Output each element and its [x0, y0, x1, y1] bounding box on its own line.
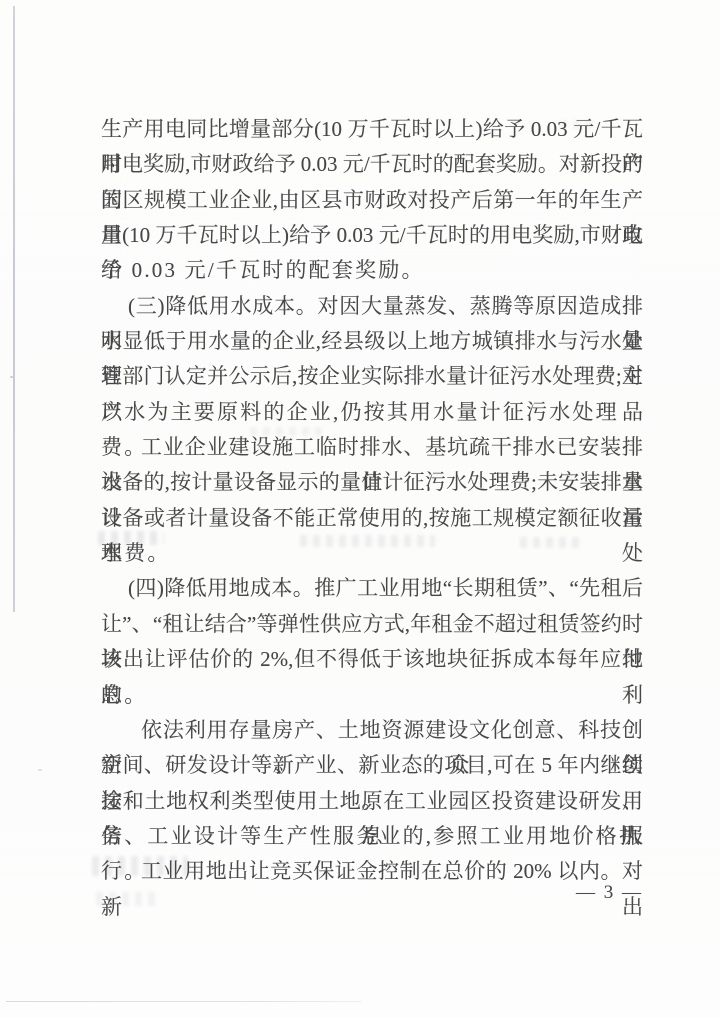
document-body-text: 生产用电同比增量部分(10 万千瓦时以上)给予 0.03 元/千瓦时的 用电奖励… [101, 112, 643, 890]
text-line: 让”、“租让结合”等弹性供应方式,年租金不超过租赁签约时该地 [101, 607, 643, 642]
text-line: 务、工业设计等生产性服务业的,参照工业用地价格执行。 [101, 819, 643, 854]
scanned-document-page: 生产用电同比增量部分(10 万千瓦时以上)给予 0.03 元/千瓦时的 用电奖励… [0, 0, 720, 1018]
text-line: 途和土地权利类型使用土地。在工业园区投资建设研发、信息服 [101, 784, 643, 819]
text-line: 依法利用存量房产、土地资源建设文化创意、科技创新、众创 [101, 713, 643, 748]
scan-edge-line-left [13, 6, 15, 612]
text-line: (三)降低用水成本。对因大量蒸发、蒸腾等原因造成排水量 [101, 289, 643, 324]
text-line: 用电奖励,市财政给予 0.03 元/千瓦时的配套奖励。对新投产的 [101, 147, 643, 182]
text-line: 工业企业建设施工临时排水、基坑疏干排水已安装排水计量 [101, 430, 643, 465]
scan-speck [38, 769, 42, 771]
text-line: 以水为主要原料的企业,仍按其用水量计征污水处理费。 [101, 395, 643, 430]
text-line: 生产用电同比增量部分(10 万千瓦时以上)给予 0.03 元/千瓦时的 [101, 112, 643, 147]
scan-edge-line-bottom [6, 1001, 362, 1002]
text-line: 管部门认定并公示后,按企业实际排水量计征污水处理费;对产品 [101, 359, 643, 394]
text-line: 园区规模工业企业,由区县市财政对投产后第一年的年生产用电 [101, 183, 643, 218]
text-line: 明显低于用水量的企业,经县级以上地方城镇排水与污水处理主 [101, 324, 643, 359]
text-line: 块出让评估价的 2%,但不得低于该地块征拆成本每年应付的利 [101, 642, 643, 677]
text-line: (四)降低用地成本。推广工业用地“长期租赁”、“先租后 [101, 571, 643, 606]
text-line: 量(10 万千瓦时以上)给予 0.03 元/千瓦时的用电奖励,市财政给 [101, 218, 643, 253]
page-number: — 3 — [576, 882, 643, 904]
text-line: 设备或者计量设备不能正常使用的,按施工规模定额征收污水处 [101, 501, 643, 536]
text-line: 工业用地出让竞买保证金控制在总价的 20% 以内。对新出 [101, 854, 643, 889]
text-line: 空间、研发设计等新产业、新业态的项目,可在 5 年内继续按原用 [101, 748, 643, 783]
text-line: 予 0.03 元/千瓦时的配套奖励。 [101, 253, 643, 288]
text-line: 设备的,按计量设备显示的量值计征污水处理费;未安装排水计量 [101, 465, 643, 500]
